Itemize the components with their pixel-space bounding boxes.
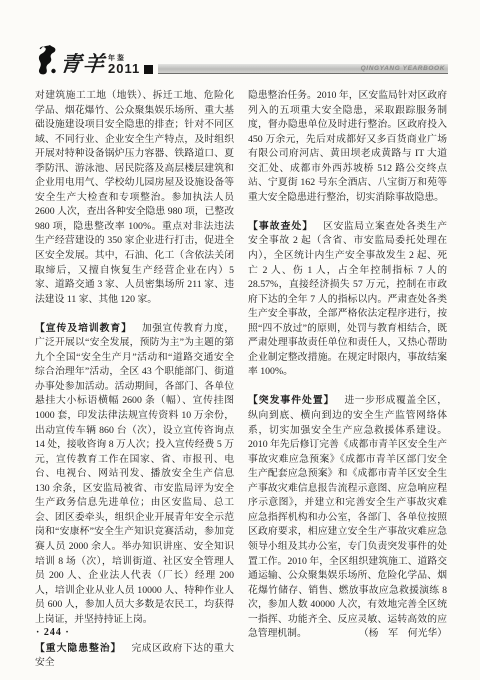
goat-calligraphy-mark-icon (35, 44, 59, 76)
left-column: 对建筑施工工地（地铁）、拆迁工地、危险化学品、烟花爆竹、公众聚集娱乐场所、重大基… (35, 89, 234, 671)
section-emergency-response: 【突发事件处置】进一步形成覆盖全区，纵向到底、横向到边的安全生产监管网络体系，切… (248, 394, 447, 641)
section-text: 加强宣传教育力度，广泛开展以“安全发展，预防为主”为主题的第九个全国“安全生产月… (35, 323, 234, 625)
page-header: 青羊 年鉴 2011 QINGYANG YEARBOOK (35, 42, 448, 76)
section-heading: 【事故查处】 (248, 221, 313, 232)
section-heading: 【宣传及培训教育】 (35, 323, 132, 334)
section-heading: 【突发事件处置】 (248, 395, 334, 406)
right-column: 隐患整治任务。2010 年，区安监局针对区政府列入的五项重大安全隐患，采取跟踪服… (248, 89, 447, 671)
section-text: 进一步形成覆盖全区，纵向到底、横向到边的安全生产监管网络体系，切实加强安全生产应… (248, 395, 447, 639)
brand-year: 2011 (108, 62, 140, 75)
section-heading: 【重大隐患整治】 (35, 643, 121, 654)
section-text: 区安监局立案查处各类生产安全事故 2 起（含省、市安监局委托处理在内），全区统计… (248, 221, 447, 377)
byline-authors: （杨 军 何光华） (359, 627, 447, 642)
page-body: 对建筑施工工地（地铁）、拆迁工地、危险化学品、烟花爆竹、公众聚集娱乐场所、重大基… (35, 89, 448, 671)
banner-english-title: QINGYANG YEARBOOK (361, 65, 448, 72)
black-square-mark (144, 65, 153, 74)
section-major-hazard-rectification: 【重大隐患整治】完成区政府下达的重大安全 (35, 642, 234, 671)
paragraph-text: 隐患整治任务。2010 年，区安监局针对区政府列入的五项重大安全隐患，采取跟踪服… (248, 90, 447, 203)
yearbook-page: 青羊 年鉴 2011 QINGYANG YEARBOOK 对建筑施工工地（地铁）… (0, 0, 480, 680)
section-publicity-training: 【宣传及培训教育】加强宣传教育力度，广泛开展以“安全发展，预防为主”为主题的第九… (35, 322, 234, 627)
page-number: · 244 · (36, 627, 70, 638)
paragraph-text: 对建筑施工工地（地铁）、拆迁工地、危险化学品、烟花爆竹、公众聚集娱乐场所、重大基… (35, 90, 234, 305)
brand-title: 青羊 (59, 54, 107, 76)
header-banner-bar: QINGYANG YEARBOOK (158, 64, 448, 74)
paragraph-continued: 隐患整治任务。2010 年，区安监局针对区政府列入的五项重大安全隐患，采取跟踪服… (248, 89, 447, 205)
brand-subtitle-block: 年鉴 2011 (108, 55, 140, 76)
section-accident-investigation: 【事故查处】区安监局立案查处各类生产安全事故 2 起（含省、市安监局委托处理在内… (248, 220, 447, 380)
paragraph-continued: 对建筑施工工地（地铁）、拆迁工地、危险化学品、烟花爆竹、公众聚集娱乐场所、重大基… (35, 89, 234, 307)
